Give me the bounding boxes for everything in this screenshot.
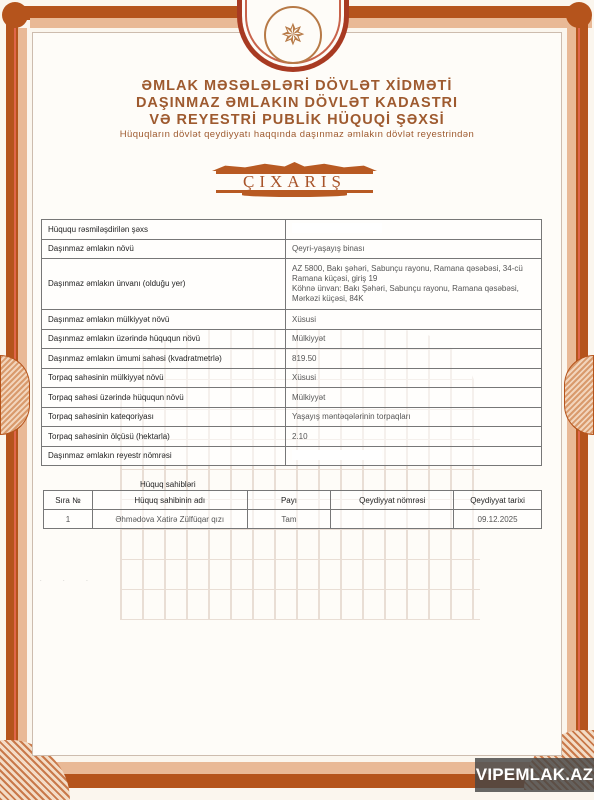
field-label: Hüququ rəsmiləşdirilən şəxs	[42, 220, 286, 240]
field-value	[286, 220, 542, 240]
table-row: Torpaq sahəsinin ölçüsü (hektarla)2.10	[42, 427, 542, 447]
field-value: Qeyri-yaşayış binası	[286, 239, 542, 259]
field-label: Daşınmaz əmlakın növü	[42, 239, 286, 259]
col-header-owner-name: Hüquq sahibinin adı	[92, 491, 247, 510]
title-banner: ÇIXARIŞ	[212, 160, 377, 198]
site-watermark-label: VIPEMLAK.AZ	[475, 758, 594, 792]
table-row: 1 Əhmədova Xatirə Zülfüqar qızı Tam 09.1…	[44, 510, 542, 529]
owner-reg-number	[331, 510, 454, 529]
owner-name: Əhmədova Xatirə Zülfüqar qızı	[92, 510, 247, 529]
paper-specks: · · ·	[40, 578, 98, 584]
address-line: Köhnə ünvan: Bakı Şəhəri, Sabunçu rayonu…	[292, 284, 535, 294]
table-row: Daşınmaz əmlakın ümumi sahəsi (kvadratme…	[42, 349, 542, 369]
field-label: Daşınmaz əmlakın ünvanı (olduğu yer)	[42, 259, 286, 310]
owner-number: 1	[44, 510, 93, 529]
field-value: Xüsusi	[286, 310, 542, 330]
agency-name-line2: DAŞINMAZ ƏMLAKIN DÖVLƏT KADASTRI	[0, 95, 594, 111]
table-row: Daşınmaz əmlakın növüQeyri-yaşayış binas…	[42, 239, 542, 259]
col-header-share: Payı	[247, 491, 331, 510]
table-row: Daşınmaz əmlakın üzərində hüququn növüMü…	[42, 329, 542, 349]
field-label: Torpaq sahəsinin ölçüsü (hektarla)	[42, 427, 286, 447]
field-label: Torpaq sahəsinin kateqoriyası	[42, 407, 286, 427]
field-label: Torpaq sahəsinin mülkiyyət növü	[42, 368, 286, 388]
property-info-table: Hüququ rəsmiləşdirilən şəxsDaşınmaz əmla…	[41, 219, 542, 466]
owners-header-row: Sıra № Hüquq sahibinin adı Payı Qeydiyya…	[44, 491, 542, 510]
table-row: Hüququ rəsmiləşdirilən şəxs	[42, 220, 542, 240]
field-value: 2.10	[286, 427, 542, 447]
table-row: Daşınmaz əmlakın reyestr nömrəsi	[42, 446, 542, 466]
field-label: Daşınmaz əmlakın ümumi sahəsi (kvadratme…	[42, 349, 286, 369]
document-subtitle: Hüquqların dövlət qeydiyyatı haqqında da…	[0, 129, 594, 140]
field-label: Daşınmaz əmlakın mülkiyyət növü	[42, 310, 286, 330]
table-row: Daşınmaz əmlakın mülkiyyət növüXüsusi	[42, 310, 542, 330]
corner-ornament-icon	[566, 2, 592, 28]
redacted-value	[292, 223, 382, 233]
document-title: ÇIXARIŞ	[212, 172, 377, 192]
col-header-reg-date: Qeydiyyat tarixi	[454, 491, 542, 510]
field-value: Yaşayış məntəqələrinin torpaqları	[286, 407, 542, 427]
address-line: Mərkəzi küçəsi, 84K	[292, 294, 535, 304]
banner-crest	[212, 162, 377, 171]
owner-reg-date: 09.12.2025	[454, 510, 542, 529]
col-header-reg-number: Qeydiyyat nömrəsi	[331, 491, 454, 510]
field-value: Mülkiyyət	[286, 329, 542, 349]
table-row: Torpaq sahəsinin mülkiyyət növüXüsusi	[42, 368, 542, 388]
corner-ornament-icon	[2, 2, 28, 28]
state-emblem-icon: ✵	[264, 6, 322, 64]
field-label: Torpaq sahəsi üzərində hüququn növü	[42, 388, 286, 408]
col-header-number: Sıra №	[44, 491, 93, 510]
agency-name-line3: VƏ REYESTRİ PUBLİK HÜQUQİ ŞƏXSİ	[0, 112, 594, 128]
field-value	[286, 446, 542, 466]
address-line: AZ 5800, Bakı şəhəri, Sabunçu rayonu, Ra…	[292, 264, 535, 274]
field-value: 819.50	[286, 349, 542, 369]
table-row: Torpaq sahəsi üzərində hüququn növüMülki…	[42, 388, 542, 408]
owners-table: Sıra № Hüquq sahibinin adı Payı Qeydiyya…	[43, 490, 542, 529]
table-row: Torpaq sahəsinin kateqoriyasıYaşayış mən…	[42, 407, 542, 427]
table-row: Daşınmaz əmlakın ünvanı (olduğu yer)AZ 5…	[42, 259, 542, 310]
address-line: Ramana küçəsi, giriş 19	[292, 274, 535, 284]
redacted-value	[292, 450, 382, 460]
field-value: Mülkiyyət	[286, 388, 542, 408]
banner-base	[242, 193, 347, 197]
owners-title: Hüquq sahibləri	[140, 480, 196, 489]
field-value: AZ 5800, Bakı şəhəri, Sabunçu rayonu, Ra…	[286, 259, 542, 310]
field-value: Xüsusi	[286, 368, 542, 388]
field-label: Daşınmaz əmlakın üzərində hüququn növü	[42, 329, 286, 349]
field-label: Daşınmaz əmlakın reyestr nömrəsi	[42, 446, 286, 466]
agency-name-line1: ƏMLAK MƏSƏLƏLƏRİ DÖVLƏT XİDMƏTİ	[0, 78, 594, 94]
owner-share: Tam	[247, 510, 331, 529]
